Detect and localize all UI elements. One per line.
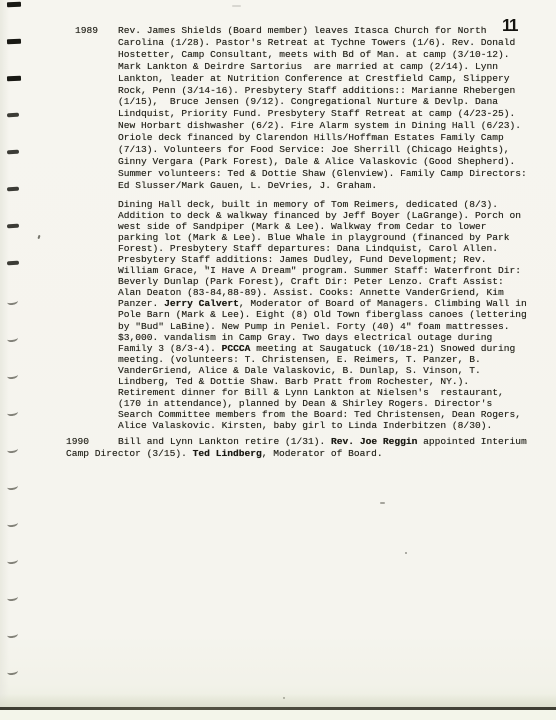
text-segment: Retirement dinner for Bill & Lynn Lankto… bbox=[118, 387, 504, 398]
scan-speck bbox=[37, 235, 40, 239]
entry-1989-paragraph-1: Rev. James Shields (Board member) leaves… bbox=[118, 25, 527, 192]
binding-mark bbox=[7, 519, 19, 527]
bold-text-segment: Ted Lindberg bbox=[193, 448, 262, 459]
binding-mark bbox=[7, 482, 19, 490]
scan-speck bbox=[232, 5, 241, 7]
text-segment: Ed Slusser/Mark Gauen, L. DeVries, J. Gr… bbox=[118, 180, 377, 191]
binding-mark bbox=[7, 297, 19, 305]
text-segment: New Horbart dishwasher (6/2). Fire Alarm… bbox=[118, 120, 521, 131]
text-line: Rev. James Shields (Board member) leaves… bbox=[118, 25, 527, 37]
scan-speck bbox=[380, 502, 385, 504]
text-segment: $3,000. vandalism in Camp Gray. Two days… bbox=[118, 332, 492, 343]
text-segment: VanderGriend, Alice & Dale Valaskovic, B… bbox=[118, 365, 481, 376]
page-bottom-shading bbox=[0, 694, 556, 707]
text-segment: Dining Hall deck, built in memory of Tom… bbox=[118, 199, 498, 210]
text-line: Addition to deck & walkway financed by J… bbox=[118, 210, 527, 221]
text-segment: (170 in attendance), planned by Dean & S… bbox=[118, 398, 492, 409]
text-line: meeting. (volunteers: T. Christensen, E.… bbox=[118, 354, 527, 365]
text-segment: by "Bud" LaBine). New Pump in Peniel. Fo… bbox=[118, 321, 510, 332]
text-segment: Forest). Presbytery Staff departures: Da… bbox=[118, 243, 498, 254]
binding-mark bbox=[7, 630, 19, 638]
text-line: Search Committee members from the Board:… bbox=[118, 409, 527, 420]
text-line: Family 3 (8/3-4). PCCCA meeting at Sauga… bbox=[118, 343, 527, 354]
text-segment: Panzer. bbox=[118, 298, 164, 309]
text-segment: Addition to deck & walkway financed by J… bbox=[118, 210, 521, 221]
text-segment: Hostetter, Camp Consultant, meets with B… bbox=[118, 49, 510, 60]
text-line: (1/15), Bruce Jensen (9/12). Congregatio… bbox=[118, 96, 527, 108]
text-line: Ginny Vergara (Park Forest), Dale & Alic… bbox=[118, 156, 527, 168]
text-line: Lindberg, Ted & Dottie Shaw. Barb Pratt … bbox=[118, 376, 527, 387]
text-line: Retirement dinner for Bill & Lynn Lankto… bbox=[118, 387, 527, 398]
text-line: VanderGriend, Alice & Dale Valaskovic, B… bbox=[118, 365, 527, 376]
text-segment: Bill and Lynn Lankton retire (1/31). bbox=[118, 436, 331, 447]
binding-mark bbox=[7, 187, 19, 192]
text-line: Beverly Dunlap (Park Forest), Craft Dir:… bbox=[118, 276, 527, 287]
text-segment: Camp Director (3/15). bbox=[66, 448, 193, 459]
text-segment: Rock, Penn (3/14-16). Presbytery Staff a… bbox=[118, 85, 515, 96]
text-line: Ed Slusser/Mark Gauen, L. DeVries, J. Gr… bbox=[118, 180, 527, 192]
binding-mark bbox=[7, 150, 19, 155]
text-line: William Grace, "I Have A Dream" program.… bbox=[118, 265, 527, 276]
text-line: Lankton, leader at Nutrition Conference … bbox=[118, 73, 527, 85]
text-segment: Beverly Dunlap (Park Forest), Craft Dir:… bbox=[118, 276, 504, 287]
entry-1990-paragraph-1: Bill and Lynn Lankton retire (1/31). Rev… bbox=[66, 436, 527, 459]
text-segment: Lankton, leader at Nutrition Conference … bbox=[118, 73, 510, 84]
binding-mark bbox=[7, 445, 19, 453]
binding-mark bbox=[7, 2, 21, 7]
text-segment: , Moderator of Board. bbox=[262, 448, 383, 459]
text-line: Dining Hall deck, built in memory of Tom… bbox=[118, 199, 527, 210]
bold-text-segment: Rev. Joe Reggin bbox=[331, 436, 417, 447]
text-line: Alan Deaton (83-84,88-89). Assist. Cooks… bbox=[118, 287, 527, 298]
text-line: Summer volunteers: Ted & Dottie Shaw (Gl… bbox=[118, 168, 527, 180]
scanner-background bbox=[0, 710, 556, 720]
text-segment: Lindquist, Priority Fund. Presbytery Sta… bbox=[118, 108, 515, 119]
text-line: Carolina (1/28). Pastor's Retreat at Tyc… bbox=[118, 37, 527, 49]
entry-1989-paragraph-2: Dining Hall deck, built in memory of Tom… bbox=[118, 199, 527, 431]
text-line: Oriole deck financed by Clarendon Hills/… bbox=[118, 132, 527, 144]
binding-mark bbox=[7, 334, 19, 342]
binding-mark bbox=[7, 224, 19, 229]
text-segment: appointed Interium bbox=[417, 436, 526, 447]
text-segment: William Grace, "I Have A Dream" program.… bbox=[118, 265, 521, 276]
text-segment: parking lot (Mark & Lee). Blue Whale in … bbox=[118, 232, 510, 243]
text-line: (7/13). Volunteers for Food Service: Joe… bbox=[118, 144, 527, 156]
year-label-1989: 1989 bbox=[75, 25, 98, 37]
text-line: Mark Lankton & Deirdre Sartorius are mar… bbox=[118, 61, 527, 73]
text-line: Alice Valaskovic. Kirsten, baby girl to … bbox=[118, 420, 527, 431]
text-segment: meeting at Saugatuck (10/18-21) Snowed d… bbox=[250, 343, 515, 354]
text-line: Lindquist, Priority Fund. Presbytery Sta… bbox=[118, 108, 527, 120]
text-segment: Oriole deck financed by Clarendon Hills/… bbox=[118, 132, 504, 143]
text-segment: Alan Deaton (83-84,88-89). Assist. Cooks… bbox=[118, 287, 504, 298]
text-line: (170 in attendance), planned by Dean & S… bbox=[118, 398, 527, 409]
scanned-page: 11 1989 Rev. James Shields (Board member… bbox=[0, 0, 556, 720]
text-segment: Mark Lankton & Deirdre Sartorius are mar… bbox=[118, 61, 498, 72]
text-line: west side of Sandpiper (Mark & Lee). Wal… bbox=[118, 221, 527, 232]
text-segment: Family 3 (8/3-4). bbox=[118, 343, 222, 354]
text-segment: (7/13). Volunteers for Food Service: Joe… bbox=[118, 144, 510, 155]
scan-speck bbox=[405, 552, 407, 554]
text-line: Forest). Presbytery Staff departures: Da… bbox=[118, 243, 527, 254]
binding-mark bbox=[7, 593, 19, 601]
binding-mark bbox=[7, 408, 19, 416]
text-line: Camp Director (3/15). Ted Lindberg, Mode… bbox=[66, 448, 527, 460]
binding-mark bbox=[7, 113, 19, 118]
binding-mark bbox=[7, 371, 19, 379]
text-segment: Search Committee members from the Board:… bbox=[118, 409, 521, 420]
text-segment: Ginny Vergara (Park Forest), Dale & Alic… bbox=[118, 156, 515, 167]
binding-mark bbox=[7, 667, 19, 675]
text-line: Rock, Penn (3/14-16). Presbytery Staff a… bbox=[118, 85, 527, 97]
text-segment: (1/15), Bruce Jensen (9/12). Congregatio… bbox=[118, 96, 498, 107]
binding-mark bbox=[7, 556, 19, 564]
text-segment: Rev. James Shields (Board member) leaves… bbox=[118, 25, 486, 36]
text-line: parking lot (Mark & Lee). Blue Whale in … bbox=[118, 232, 527, 243]
binding-mark bbox=[7, 39, 21, 44]
binding-mark bbox=[7, 76, 21, 81]
text-line: Hostetter, Camp Consultant, meets with B… bbox=[118, 49, 527, 61]
text-segment: meeting. (volunteers: T. Christensen, E.… bbox=[118, 354, 481, 365]
text-segment: west side of Sandpiper (Mark & Lee). Wal… bbox=[118, 221, 486, 232]
text-line: Presbytery Staff additions: James Dudley… bbox=[118, 254, 527, 265]
text-segment: Carolina (1/28). Pastor's Retreat at Tyc… bbox=[118, 37, 515, 48]
text-segment: Pole Barn (Mark & Lee). Eight (8) Old To… bbox=[118, 309, 527, 320]
text-line: Pole Barn (Mark & Lee). Eight (8) Old To… bbox=[118, 309, 527, 320]
binding-mark bbox=[7, 261, 19, 266]
text-line: New Horbart dishwasher (6/2). Fire Alarm… bbox=[118, 120, 527, 132]
text-segment: Alice Valaskovic. Kirsten, baby girl to … bbox=[118, 420, 492, 431]
text-line: by "Bud" LaBine). New Pump in Peniel. Fo… bbox=[118, 321, 527, 332]
text-line: $3,000. vandalism in Camp Gray. Two days… bbox=[118, 332, 527, 343]
text-line: Panzer. Jerry Calvert, Moderator of Boar… bbox=[118, 298, 527, 309]
bold-text-segment: PCCCA bbox=[222, 343, 251, 354]
text-segment: Presbytery Staff additions: James Dudley… bbox=[118, 254, 486, 265]
text-segment: , Moderator of Board of Managers. Climbi… bbox=[239, 298, 527, 309]
text-line: Bill and Lynn Lankton retire (1/31). Rev… bbox=[66, 436, 527, 448]
text-segment: Summer volunteers: Ted & Dottie Shaw (Gl… bbox=[118, 168, 527, 179]
bold-text-segment: Jerry Calvert bbox=[164, 298, 239, 309]
text-segment: Lindberg, Ted & Dottie Shaw. Barb Pratt … bbox=[118, 376, 469, 387]
